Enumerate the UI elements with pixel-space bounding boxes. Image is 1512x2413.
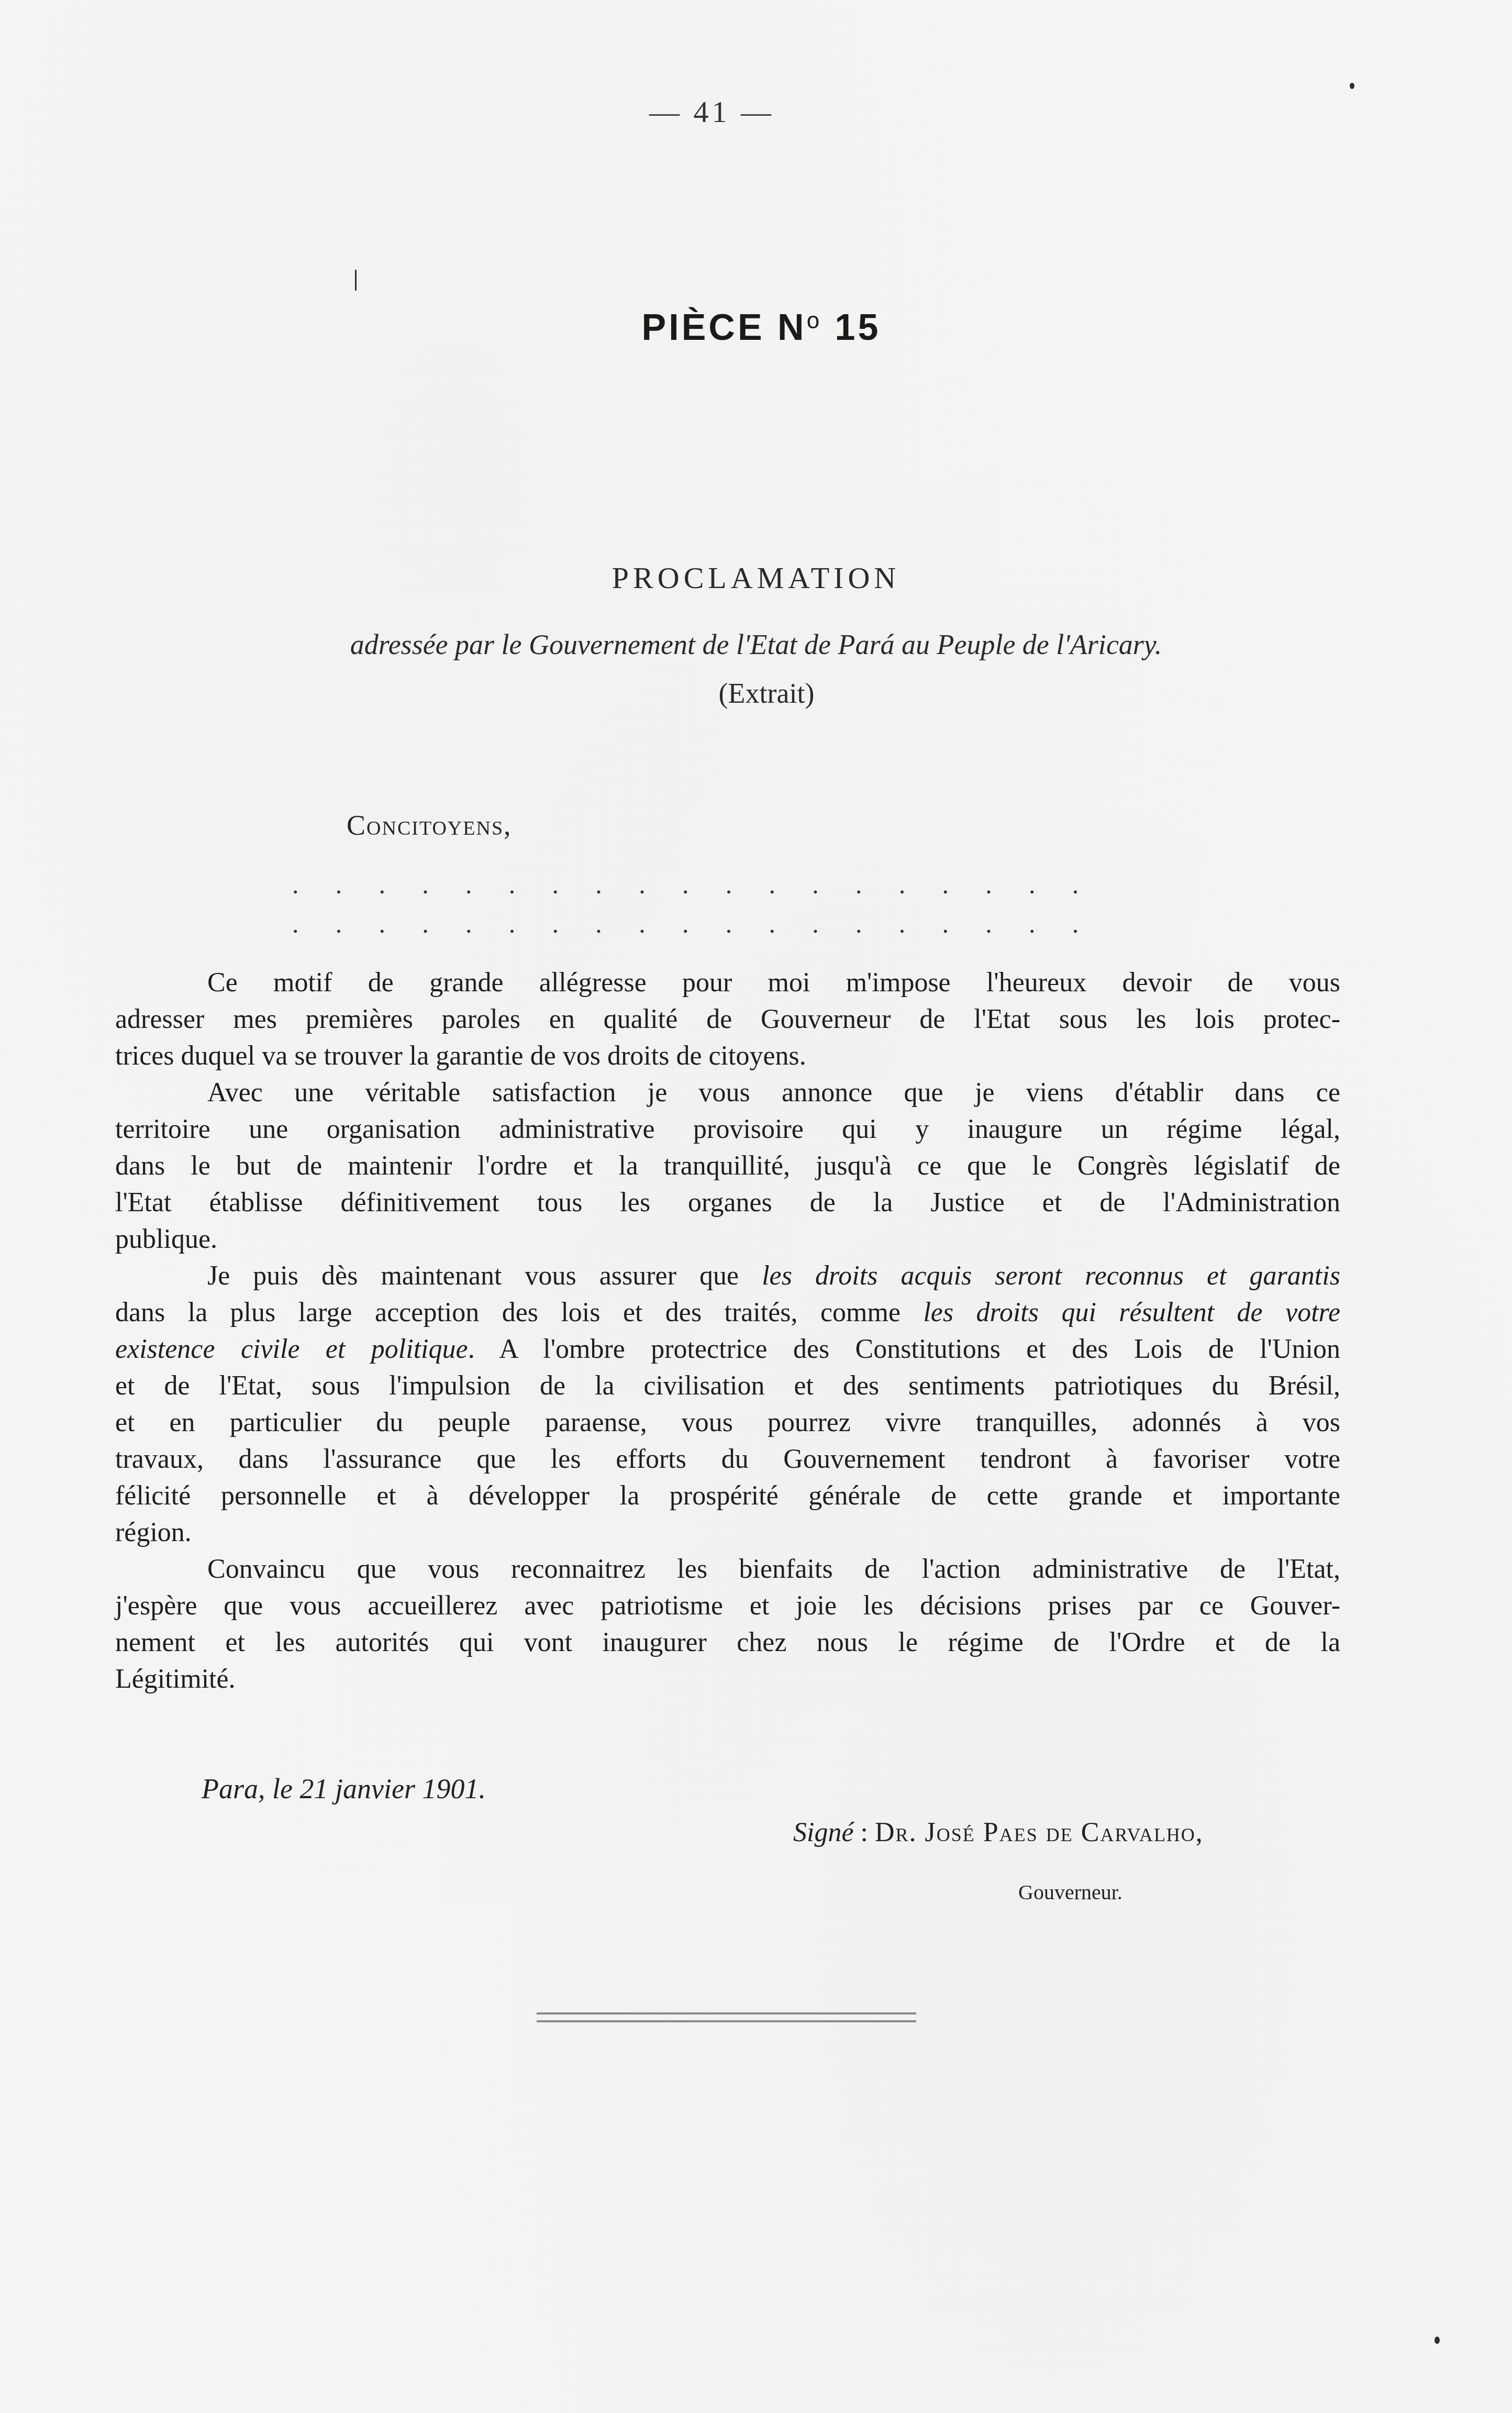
body-line: travaux, dans l'assurance que les effort… [115, 1441, 1340, 1478]
body-line: j'espère que vous accueillerez avec patr… [115, 1588, 1340, 1624]
body-line: et en particulier du peuple paraense, vo… [115, 1404, 1340, 1441]
piece-number-sign: o [807, 308, 822, 334]
body-line: adresser mes premières paroles en qualit… [115, 1001, 1340, 1038]
signatory-role: Gouverneur. [1018, 1880, 1122, 1905]
body-line: trices duquel va se trouver la garantie … [115, 1038, 1340, 1075]
date-place: Para, le 21 janvier 1901. [202, 1773, 486, 1805]
piece-title: PIÈCE No 15 [0, 306, 1512, 348]
body-line: Convaincu que vous reconnaitrez les bien… [115, 1551, 1340, 1588]
body-line: existence civile et politique. A l'ombre… [115, 1331, 1340, 1368]
body-line: Avec une véritable satisfaction je vous … [115, 1075, 1340, 1111]
body-line: et de l'Etat, sous l'impulsion de la civ… [115, 1368, 1340, 1404]
scan-speck [1350, 83, 1354, 89]
scan-speck [355, 270, 357, 291]
signature: Signé : Dr. José Paes de Carvalho, [793, 1817, 1204, 1848]
proclamation-body: Ce motif de grande allégresse pour moi m… [115, 965, 1340, 1698]
document-page: — 41 — PIÈCE No 15 PROCLAMATION adressée… [0, 0, 1512, 2413]
piece-label: PIÈCE N [642, 307, 807, 348]
emphasis: les droits qui résultent de votre [923, 1298, 1340, 1327]
body-line: Ce motif de grande allégresse pour moi m… [115, 965, 1340, 1001]
ellipsis-row: ................... [292, 869, 1077, 900]
body-line: félicité personnelle et à développer la … [115, 1478, 1340, 1514]
extract-note: (Extrait) [0, 677, 1512, 710]
salutation: Concitoyens, [347, 809, 512, 842]
emphasis: les droits acquis seront reconnus et gar… [762, 1261, 1340, 1291]
piece-number: 15 [835, 307, 881, 348]
body-line: Je puis dès maintenant vous assurer que … [115, 1258, 1340, 1294]
divider-rule [537, 2012, 916, 2014]
scan-speck [1435, 2337, 1440, 2344]
body-line: publique. [115, 1221, 1340, 1258]
body-line: Légitimité. [115, 1661, 1340, 1698]
proclamation-heading: PROCLAMATION [0, 560, 1512, 595]
divider-rule [537, 2020, 916, 2022]
body-line: l'Etat établisse définitivement tous les… [115, 1185, 1340, 1221]
body-line: nement et les autorités qui vont inaugur… [115, 1624, 1340, 1661]
body-line: territoire une organisation administrati… [115, 1111, 1340, 1148]
signed-label: Signé [793, 1818, 854, 1847]
signatory-name: Dr. José Paes de Carvalho, [875, 1818, 1204, 1847]
proclamation-subtitle: adressée par le Gouvernement de l'Etat d… [0, 628, 1512, 661]
page-number: — 41 — [649, 94, 806, 129]
body-line: région. [115, 1514, 1340, 1551]
body-line: dans le but de maintenir l'ordre et la t… [115, 1148, 1340, 1185]
ellipsis-row: ................... [292, 909, 1077, 939]
body-line: dans la plus large acception des lois et… [115, 1294, 1340, 1331]
emphasis: existence civile et politique [115, 1334, 468, 1364]
